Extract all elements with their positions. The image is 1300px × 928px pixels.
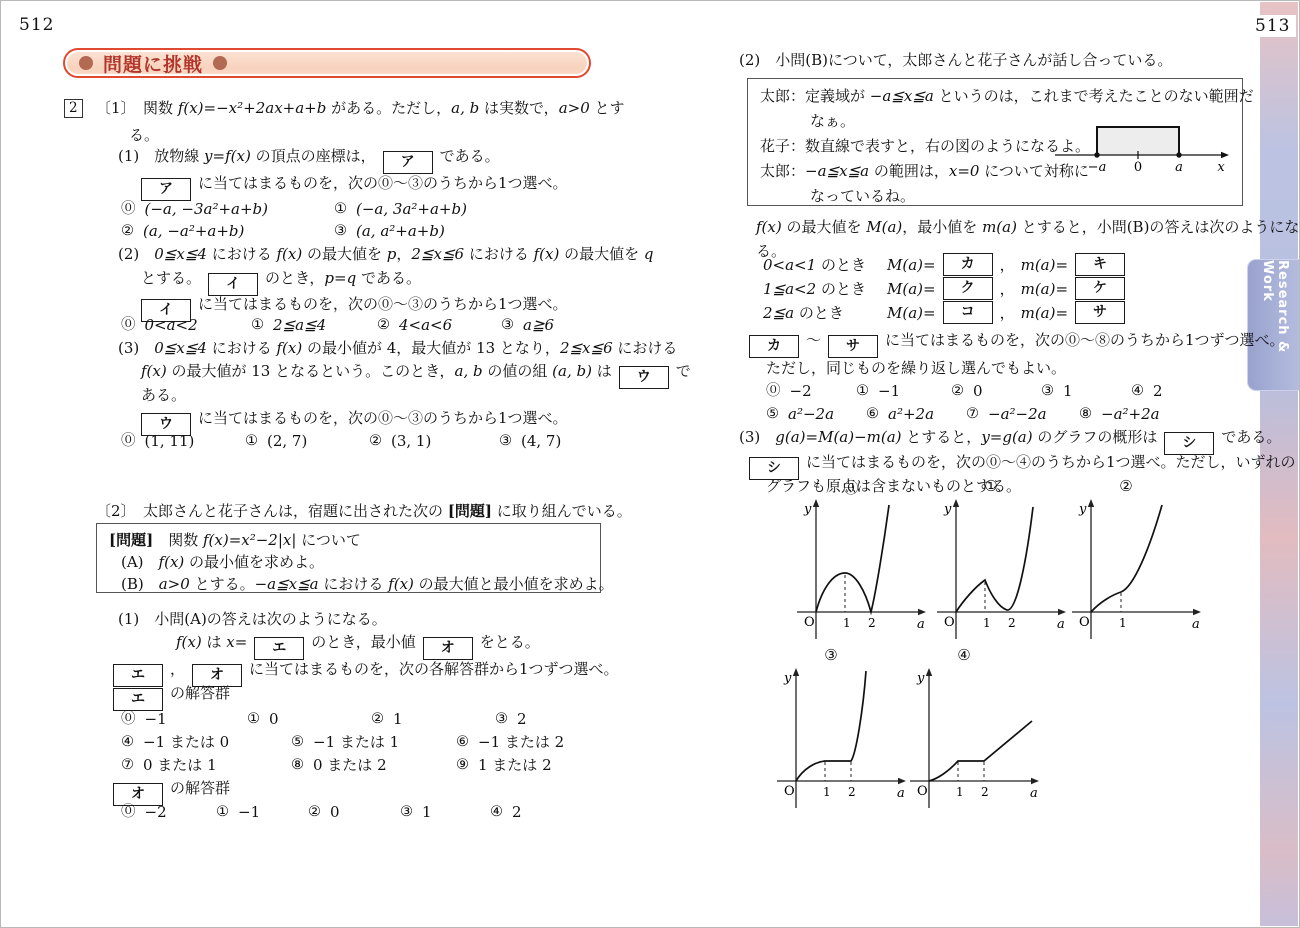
svg-text:O: O: [804, 615, 815, 630]
svg-text:1: 1: [823, 785, 831, 799]
svg-text:0: 0: [1134, 160, 1142, 175]
number-line-figure: −a 0 a x: [1051, 113, 1236, 175]
q2-part1-line2: f(x) は x=エのとき，最小値オをとる。: [176, 631, 540, 660]
option-item: ①−1: [216, 801, 308, 823]
option-item: ⑤a²−2a: [766, 403, 866, 425]
option-item: ⑧−a²+2a: [1079, 403, 1160, 425]
svg-text:−a: −a: [1088, 160, 1107, 175]
q2-intro: 〔2〕 太郎さんと花子さんは，宿題に出された次の [問題] に取り組んでいる。: [96, 500, 632, 522]
q2-e-options-row1: ⓪−1 ①0 ②1 ③2: [121, 708, 527, 730]
svg-text:O: O: [944, 615, 955, 630]
q1-part2-line2: とする。イのとき，p=q である。: [141, 267, 421, 296]
svg-text:O: O: [917, 784, 928, 799]
q1-part3-line3: ある。: [141, 384, 186, 406]
answer-box-ku: ク: [943, 277, 993, 300]
option-item: ⑧0 または 2: [291, 754, 456, 776]
svg-text:1: 1: [956, 785, 964, 799]
svg-text:O: O: [784, 784, 795, 799]
dialog-line: なぁ。: [810, 110, 855, 132]
answer-box-e: エ: [254, 637, 304, 660]
option-item: ⓪−2: [121, 801, 216, 823]
q1-part3-options: ⓪(1, 11) ①(2, 7) ②(3, 1) ③(4, 7): [121, 430, 561, 452]
r-choose-line1: カ～サに当てはまるものを，次の⓪～⑧のうちから1つずつ選べ。: [749, 329, 1285, 358]
svg-text:a: a: [1192, 617, 1200, 632]
svg-text:y: y: [1078, 502, 1087, 517]
q2-e-options-row3: ⑦0 または 1 ⑧0 または 2 ⑨1 または 2: [121, 754, 552, 776]
banner-bullet-icon: [79, 56, 93, 70]
q2-problem-a: (A) f(x) の最小値を求めよ。: [121, 551, 324, 573]
svg-text:y: y: [803, 502, 812, 517]
page-number-right: 513: [1249, 15, 1296, 37]
q2-part1-line1: (1) 小問(A)の答えは次のようになる。: [118, 608, 387, 630]
q2-problem-box: [問題] 関数 f(x)=x²−2|x| について (A) f(x) の最小値を…: [96, 523, 601, 593]
option-item: ④2: [1131, 380, 1163, 402]
q1-intro-line2: る。: [129, 124, 159, 146]
option-item: ①2≦a≦4: [251, 314, 377, 336]
q1-part1-choose: アに当てはまるものを，次の⓪～③のうちから1つ選べ。: [141, 172, 568, 201]
graph-option-4: ④ y a O 1 2: [904, 646, 1044, 815]
option-item: ③1: [1041, 380, 1131, 402]
q2-problem-b: (B) a>0 とする。−a≦x≦a における f(x) の最大値と最小値を求め…: [121, 573, 614, 595]
dialog-line: 太郎：定義域が −a≦x≦a というのは，これまで考えたことのない範囲だ: [760, 85, 1254, 107]
graph-option-3-plot: y a O 1 2: [771, 666, 911, 811]
case-row-3: 2≦a のとき M(a)=コ，m(a)=サ: [763, 301, 1132, 324]
dialog-line: 太郎：−a≦x≦a の範囲は，x=0 について対称に: [760, 160, 1089, 182]
option-item: ③1: [400, 801, 490, 823]
problem-2-marker: 2: [64, 96, 83, 118]
graph-option-4-plot: y a O 1 2: [904, 666, 1044, 811]
option-item: ③2: [495, 708, 527, 730]
q1-part1-options-row1: ⓪(−a, −3a²+a+b) ①(−a, 3a²+a+b): [121, 198, 467, 220]
svg-text:1: 1: [983, 616, 991, 630]
graph-option-4-label: ④: [904, 646, 1024, 666]
option-item: ②1: [371, 708, 495, 730]
graph-option-0-label: ⓪: [791, 477, 911, 497]
option-item: ②0: [951, 380, 1041, 402]
answer-box-u: ウ: [619, 366, 669, 389]
svg-text:2: 2: [868, 616, 876, 630]
option-item: ③(4, 7): [499, 430, 561, 452]
q1-part2-options: ⓪0<a<2 ①2≦a≦4 ②4<a<6 ③a≧6: [121, 314, 554, 336]
option-item: ②(a, −a²+a+b): [121, 220, 334, 242]
option-item: ②0: [308, 801, 400, 823]
graph-option-0: ⓪ y a O 1 2: [791, 477, 931, 646]
option-item: ⑥a²+2a: [866, 403, 966, 425]
graph-option-1: ① y a O 1 2: [931, 477, 1071, 646]
r-options-row1: ⓪−2 ①−1 ②0 ③1 ④2: [766, 380, 1163, 402]
dialog-line: 花子：数直線で表すと，右の図のようになるよ。: [760, 135, 1090, 157]
option-item: ①(−a, 3a²+a+b): [334, 198, 467, 220]
option-item: ③(a, a²+a+b): [334, 220, 445, 242]
section-banner: 問題に挑戦: [63, 48, 591, 78]
r-after-line1: f(x) の最大値を M(a)，最小値を m(a) とすると，小問(B)の答えは…: [756, 216, 1299, 238]
research-work-tab: Research & Work: [1247, 259, 1300, 391]
option-item: ④2: [490, 801, 522, 823]
r-choose-line2: ただし，同じものを繰り返し選んでもよい。: [766, 357, 1066, 379]
case-row-2: 1≦a<2 のとき M(a)=ク，m(a)=ケ: [763, 277, 1132, 300]
q1-part2-line1: (2) 0≦x≦4 における f(x) の最大値を p，2≦x≦6 における f…: [118, 243, 654, 265]
q2-e-group-label: エの解答群: [113, 682, 230, 711]
r-options-row2: ⑤a²−2a ⑥a²+2a ⑦−a²−2a ⑧−a²+2a: [766, 403, 1160, 425]
svg-text:2: 2: [848, 785, 856, 799]
option-item: ①−1: [856, 380, 951, 402]
dialog-box: 太郎：定義域が −a≦x≦a というのは，これまで考えたことのない範囲だ なぁ。…: [747, 78, 1243, 206]
svg-text:y: y: [916, 671, 925, 686]
svg-text:2: 2: [981, 785, 989, 799]
svg-text:2: 2: [1008, 616, 1016, 630]
q1-part3-line2: f(x) の最大値が 13 となるという。このとき，a, b の値の組 (a, …: [141, 360, 691, 389]
option-item: ②4<a<6: [377, 314, 501, 336]
option-item: ⑨1 または 2: [456, 754, 552, 776]
banner-bullet-icon: [213, 56, 227, 70]
option-item: ⑥−1 または 2: [456, 731, 564, 753]
graph-option-3-label: ③: [771, 646, 891, 666]
graph-option-2-label: ②: [1066, 477, 1186, 497]
answer-box-ko: コ: [943, 301, 993, 324]
q1-part3-line1: (3) 0≦x≦4 における f(x) の最小値が 4，最大値が 13 となり，…: [118, 337, 677, 359]
option-item: ④−1 または 0: [121, 731, 291, 753]
svg-text:y: y: [783, 671, 792, 686]
graph-option-2: ② y a O 1: [1066, 477, 1206, 646]
answer-box-ke: ケ: [1075, 277, 1125, 300]
q2-e-options-row2: ④−1 または 0 ⑤−1 または 1 ⑥−1 または 2: [121, 731, 564, 753]
answer-box-ka: カ: [749, 335, 799, 358]
option-item: ⑤−1 または 1: [291, 731, 456, 753]
svg-text:1: 1: [1119, 616, 1127, 630]
q1-part1-options-row2: ②(a, −a²+a+b) ③(a, a²+a+b): [121, 220, 445, 242]
answer-box-ka: カ: [943, 253, 993, 276]
banner-title: 問題に挑戦: [103, 50, 203, 77]
svg-text:x: x: [1217, 160, 1225, 175]
option-item: ⑦−a²−2a: [966, 403, 1079, 425]
r-part2-intro: (2) 小問(B)について，太郎さんと花子さんが話し合っている。: [739, 49, 1172, 71]
graph-option-2-plot: y a O 1: [1066, 497, 1206, 642]
research-work-tab-label: Research & Work: [1260, 260, 1290, 390]
page-number-left: 512: [19, 15, 54, 35]
svg-text:a: a: [1030, 786, 1038, 801]
option-item: ⓪0<a<2: [121, 314, 251, 336]
svg-text:y: y: [943, 502, 952, 517]
answer-box-sa: サ: [1075, 301, 1125, 324]
graph-option-1-plot: y a O 1 2: [931, 497, 1071, 642]
svg-text:a: a: [917, 617, 925, 632]
q1-intro-line1: 〔1〕 関数 f(x)=−x²+2ax+a+b がある。ただし，a, b は実数…: [96, 97, 625, 119]
svg-text:1: 1: [843, 616, 851, 630]
graph-option-0-plot: y a O 1 2: [791, 497, 931, 642]
svg-text:a: a: [1175, 160, 1183, 175]
svg-text:a: a: [1057, 617, 1065, 632]
graph-option-1-label: ①: [931, 477, 1051, 497]
q2-problem-title: [問題] 関数 f(x)=x²−2|x| について: [109, 529, 361, 551]
q1-part1-line1: (1) 放物線 y=f(x) の頂点の座標は，アである。: [118, 145, 500, 174]
option-item: ②(3, 1): [369, 430, 499, 452]
option-item: ①(2, 7): [245, 430, 369, 452]
option-item: ⓪(−a, −3a²+a+b): [121, 198, 334, 220]
option-item: ⓪−1: [121, 708, 247, 730]
option-item: ①0: [247, 708, 371, 730]
option-item: ⑦0 または 1: [121, 754, 291, 776]
case-row-1: 0<a<1 のとき M(a)=カ，m(a)=キ: [763, 253, 1132, 276]
svg-text:O: O: [1079, 615, 1090, 630]
textbook-spread: 512 513 Research & Work 問題に挑戦 2 〔1〕 関数 f…: [0, 0, 1300, 928]
option-item: ⓪−2: [766, 380, 856, 402]
dialog-line: なっているね。: [810, 185, 915, 207]
option-item: ③a≧6: [501, 314, 554, 336]
option-item: ⓪(1, 11): [121, 430, 245, 452]
answer-box-sa: サ: [828, 335, 878, 358]
answer-box-ki: キ: [1075, 253, 1125, 276]
q2-o-options: ⓪−2 ①−1 ②0 ③1 ④2: [121, 801, 522, 823]
answer-box-a: ア: [383, 151, 433, 174]
graph-option-3: ③ y a O 1 2: [771, 646, 911, 815]
answer-box-o: オ: [423, 637, 473, 660]
